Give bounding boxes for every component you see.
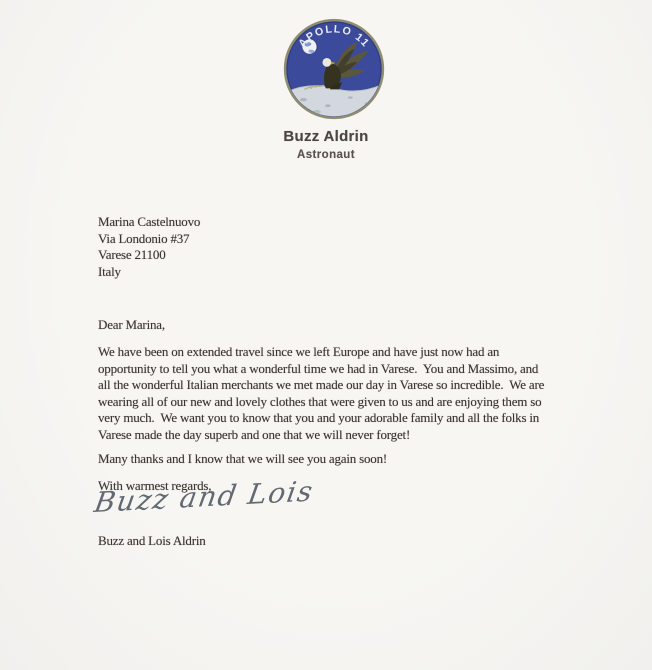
body-paragraph-2: Many thanks and I know that we will see … [98,451,387,468]
salutation: Dear Marina, [98,317,165,334]
letterhead-name: Buzz Aldrin [0,128,652,145]
letterhead-title: Astronaut [0,149,652,161]
signature-typed-name: Buzz and Lois Aldrin [98,533,206,550]
apollo11-patch-logo: APOLLO 11 [283,18,385,120]
letter-page: APOLLO 11 Buzz Aldrin Astronaut Marina C… [0,0,652,670]
recipient-address: Marina Castelnuovo Via Londonio #37 Vare… [98,214,200,280]
body-paragraph-1: We have been on extended travel since we… [98,344,588,443]
apollo11-patch-icon: APOLLO 11 [283,18,385,120]
